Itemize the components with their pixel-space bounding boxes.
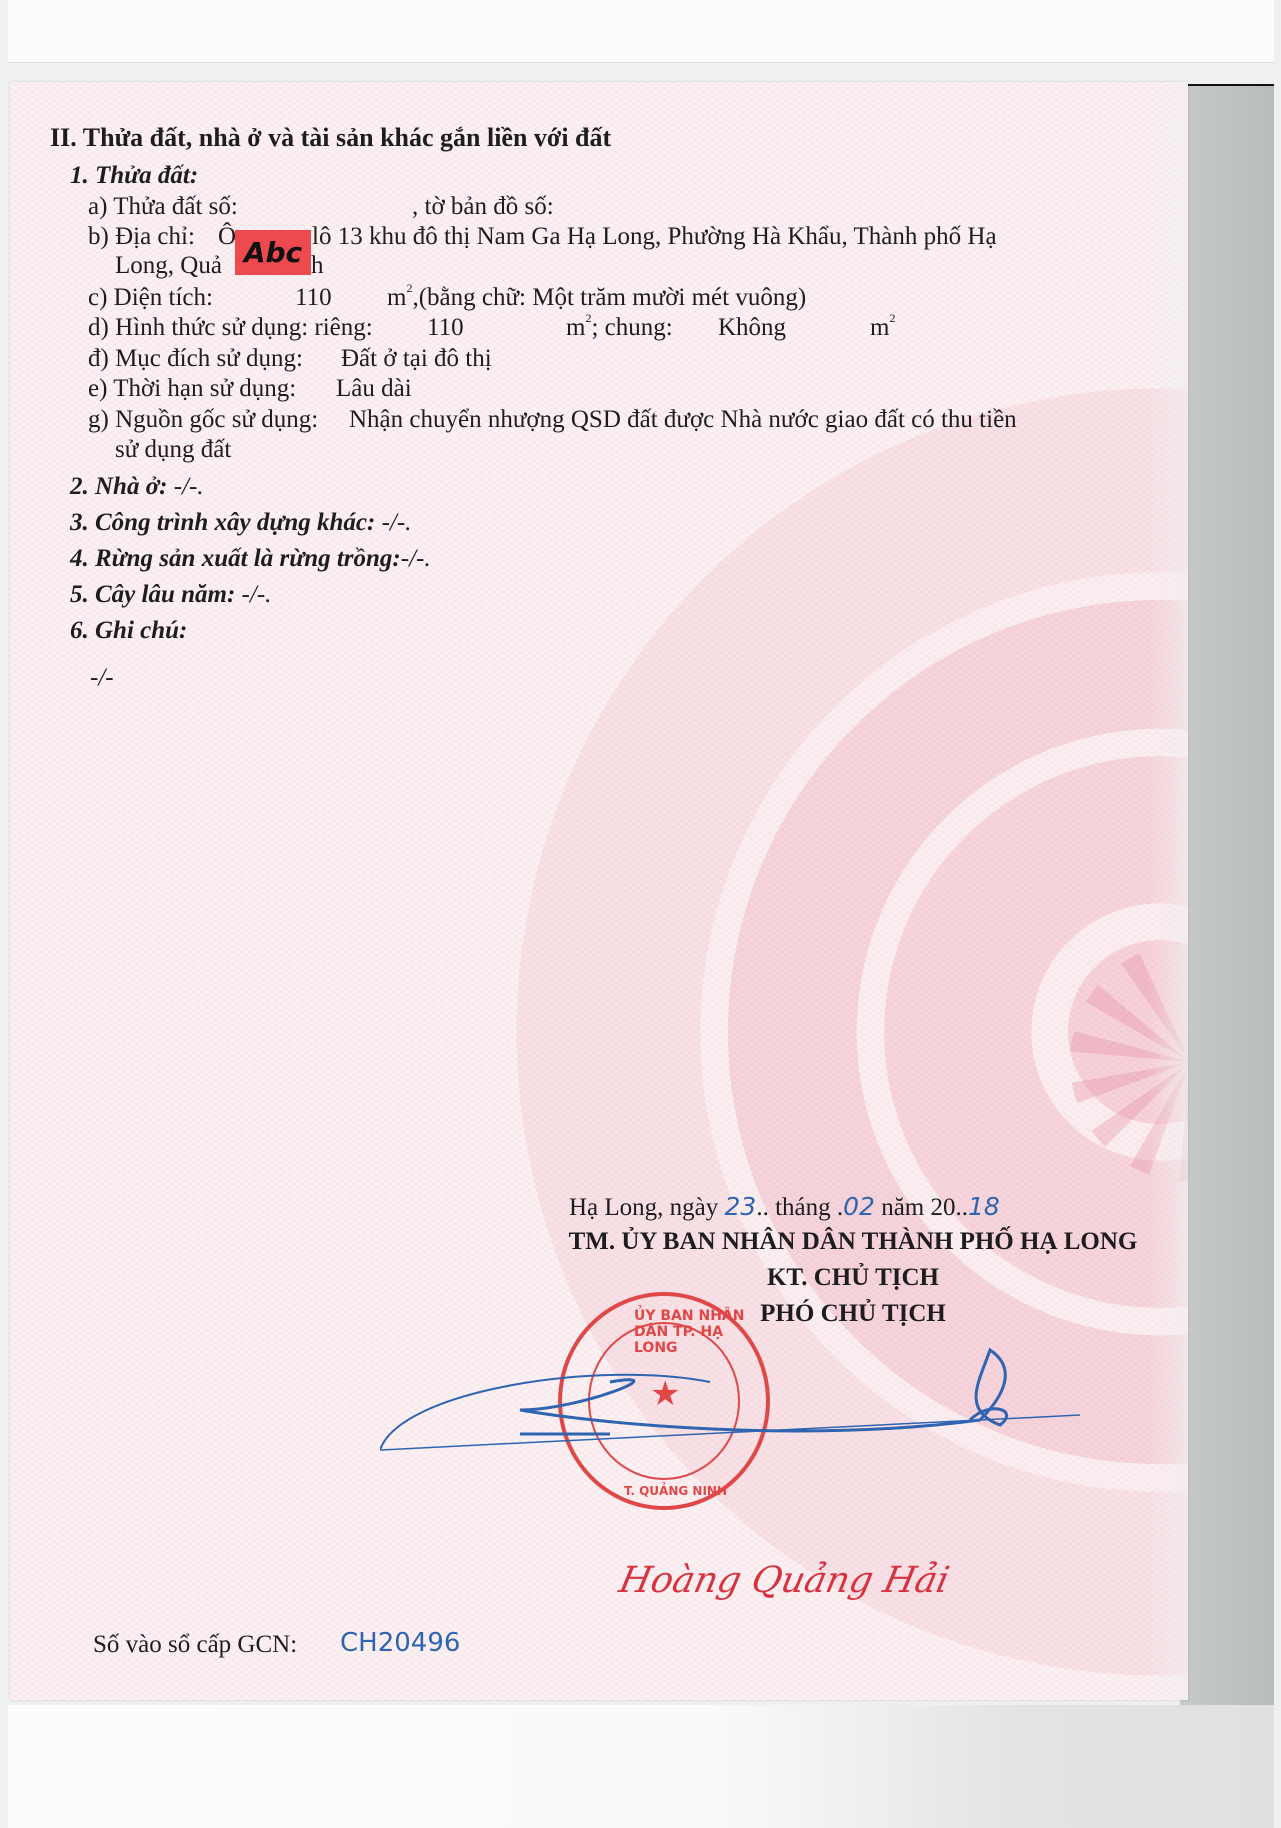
map-sheet-label: , tờ bản đồ số: (412, 192, 554, 222)
usage-common: m2; chung: (566, 313, 673, 343)
term-label: e) Thời hạn sử dụng: (88, 374, 296, 404)
registry-label: Số vào sổ cấp GCN: (93, 1630, 297, 1660)
date-year: 18 (968, 1192, 1000, 1221)
address-line-2-suffix: h (311, 251, 324, 281)
purpose-value: Đất ở tại đô thị (341, 344, 492, 374)
parcel-number-label: a) Thửa đất số: (88, 192, 238, 222)
section-title: II. Thửa đất, nhà ở và tài sản khác gắn … (50, 123, 611, 153)
notes-value: -/- (90, 663, 114, 693)
redaction-sticker: Abc (235, 230, 311, 275)
usage-form-label: d) Hình thức sử dụng: riêng: (88, 313, 373, 343)
house-section: 2. Nhà ở: -/-. (70, 472, 204, 502)
on-behalf-title: KT. CHỦ TỊCH (538, 1260, 1168, 1296)
other-construction-section: 3. Công trình xây dựng khác: -/-. (70, 508, 411, 538)
registry-number: CH20496 (340, 1628, 460, 1658)
address-line-1: lô 13 khu đô thị Nam Ga Hạ Long, Phường … (312, 222, 997, 252)
area-unit: m2,(bằng chữ: Một trăm mười mét vuông) (387, 283, 806, 313)
authority-title: TM. ỦY BAN NHÂN DÂN THÀNH PHỐ HẠ LONG (538, 1224, 1168, 1260)
address-label: b) Địa chỉ: (88, 222, 195, 252)
signature-scribble-icon (380, 1330, 1100, 1470)
date-month: 02 (843, 1192, 875, 1221)
notes-heading: 6. Ghi chú: (70, 616, 187, 646)
background-paper (8, 1705, 1274, 1828)
address-prefix: Ô (218, 222, 236, 252)
forest-section: 4. Rừng sản xuất là rừng trồng:-/-. (70, 544, 431, 574)
signer-name: Hoàng Quảng Hải (616, 1560, 953, 1601)
usage-private-value: 110 (427, 313, 464, 343)
usage-common-unit: m2 (870, 313, 895, 343)
origin-label: g) Nguồn gốc sử dụng: (88, 405, 318, 435)
term-value: Lâu dài (336, 374, 412, 404)
page-edge-shadow (1180, 86, 1274, 1706)
address-line-2-prefix: Long, Quả (115, 251, 222, 281)
date-day: 23 (725, 1192, 757, 1221)
perennial-section: 5. Cây lâu năm: -/-. (70, 580, 271, 610)
origin-value-line-1: Nhận chuyển nhượng QSD đất được Nhà nước… (349, 405, 1017, 435)
land-heading: 1. Thửa đất: (70, 161, 198, 191)
area-words: ,(bằng chữ: Một trăm mười mét vuông) (412, 284, 806, 311)
previous-page-edge (8, 0, 1274, 63)
purpose-label: đ) Mục đích sử dụng: (88, 344, 303, 374)
area-label: c) Diện tích: (88, 283, 213, 313)
origin-value-line-2: sử dụng đất (115, 435, 231, 465)
usage-common-value: Không (718, 313, 786, 343)
area-value: 110 (295, 283, 332, 313)
place-date: Hạ Long, ngày 23.. tháng .02 năm 20..18 (569, 1192, 1000, 1223)
